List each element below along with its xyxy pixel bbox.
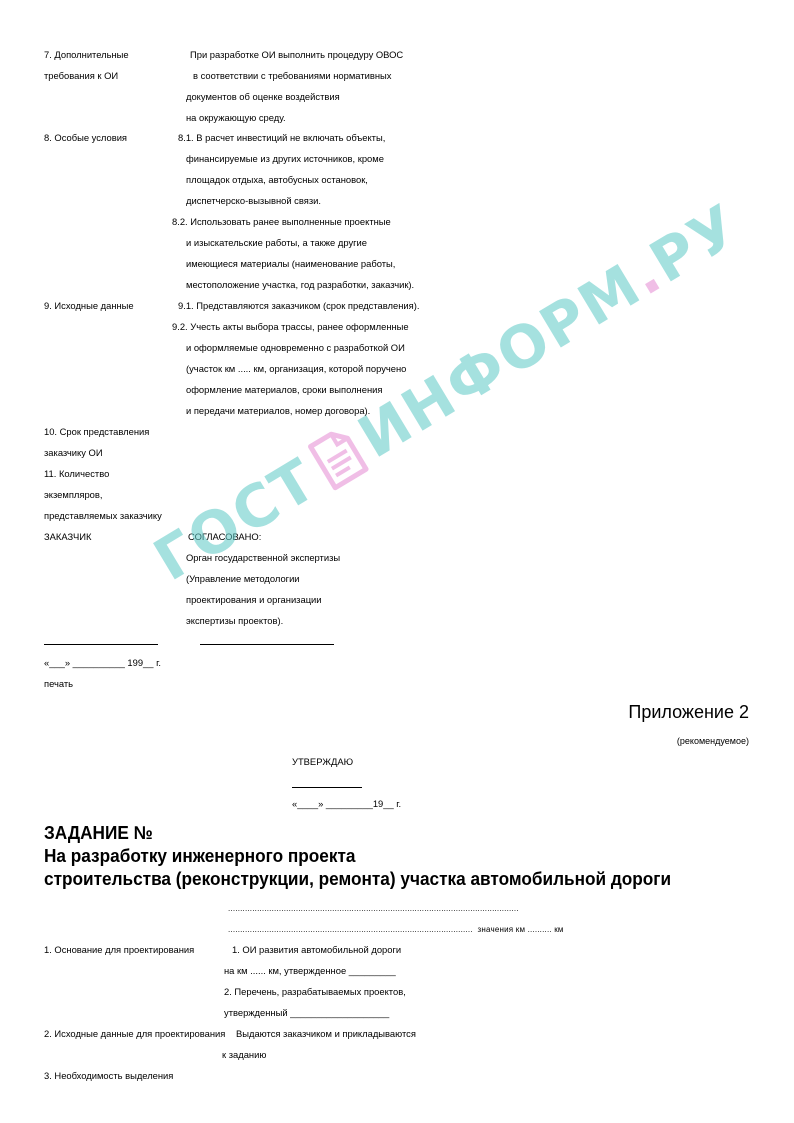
row8-value-line8: местоположение участка, год разработки, … bbox=[186, 279, 414, 291]
row7-value-line1: При разработке ОИ выполнить процедуру ОВ… bbox=[190, 49, 403, 61]
row10-label-line2: заказчику ОИ bbox=[44, 447, 103, 459]
watermark: ГОСТ ИНФОРМ . РУ bbox=[142, 267, 624, 595]
row7-label-line2: требования к ОИ bbox=[44, 70, 118, 82]
appendix-subtitle: (рекомендуемое) bbox=[677, 735, 749, 747]
agreed-line3: проектирования и организации bbox=[186, 594, 322, 606]
task-row1-label: 1. Основание для проектирования bbox=[44, 944, 194, 956]
watermark-suffix: РУ bbox=[638, 191, 751, 296]
task-row2-value-line1: Выдаются заказчиком и прикладываются bbox=[236, 1028, 416, 1040]
watermark-text-left: ГОСТ bbox=[142, 445, 328, 594]
row8-value-line5: 8.2. Использовать ранее выполненные прое… bbox=[172, 216, 391, 228]
stamp-label: печать bbox=[44, 678, 73, 690]
row9-value-line4: (участок км ..... км, организация, котор… bbox=[186, 363, 406, 375]
task-heading-line3: строительства (реконструкции, ремонта) у… bbox=[44, 868, 671, 890]
agreed-line4: экспертизы проектов). bbox=[186, 615, 283, 627]
customer-label: ЗАКАЗЧИК bbox=[44, 531, 91, 543]
row9-value-line1: 9.1. Представляются заказчиком (срок пре… bbox=[178, 300, 419, 312]
task-heading-line1: ЗАДАНИЕ № bbox=[44, 822, 153, 844]
row10-label-line1: 10. Срок представления bbox=[44, 426, 149, 438]
approval-date-line: «____» _________19__ г. bbox=[292, 798, 401, 810]
agreed-signature-line bbox=[200, 644, 334, 645]
task-row1-value-line1: 1. ОИ развития автомобильной дороги bbox=[232, 944, 401, 956]
row11-label-line1: 11. Количество bbox=[44, 468, 109, 480]
agreed-line2: (Управление методологии bbox=[186, 573, 300, 585]
road-name-dotted-line: ........................................… bbox=[228, 904, 519, 914]
road-value-dotted-line: ........................................… bbox=[228, 925, 564, 935]
task-heading-line2: На разработку инженерного проекта bbox=[44, 845, 355, 867]
row11-label-line3: представляемых заказчику bbox=[44, 510, 162, 522]
row7-value-line3: документов об оценке воздействия bbox=[186, 91, 340, 103]
row8-value-line1: 8.1. В расчет инвестиций не включать объ… bbox=[178, 132, 385, 144]
row8-value-line4: диспетчерско-вызывной связи. bbox=[186, 195, 321, 207]
customer-signature-line bbox=[44, 644, 158, 645]
task-row2-value-line2: к заданию bbox=[222, 1049, 266, 1061]
row9-value-line3: и оформляемые одновременно с разработкой… bbox=[186, 342, 405, 354]
task-row3-label: 3. Необходимость выделения bbox=[44, 1070, 173, 1082]
approval-signature-line bbox=[292, 787, 362, 788]
row7-value-line4: на окружающую среду. bbox=[186, 112, 286, 124]
watermark-dot: . bbox=[618, 238, 674, 309]
row9-value-line5: оформление материалов, сроки выполнения bbox=[186, 384, 382, 396]
row9-label: 9. Исходные данные bbox=[44, 300, 134, 312]
row8-value-line6: и изыскательские работы, а также другие bbox=[186, 237, 367, 249]
task-row1-value-line2: на км ...... км, утвержденное _________ bbox=[224, 965, 396, 977]
task-row1-value-line4: утвержденный ___________________ bbox=[224, 1007, 389, 1019]
row8-value-line2: финансируемые из других источников, кром… bbox=[186, 153, 384, 165]
customer-date-line: «___» __________ 199__ г. bbox=[44, 657, 161, 669]
task-row2-label: 2. Исходные данные для проектирования bbox=[44, 1028, 225, 1040]
row9-value-line2: 9.2. Учесть акты выбора трассы, ранее оф… bbox=[172, 321, 409, 333]
row8-value-line7: имеющиеся материалы (наименование работы… bbox=[186, 258, 395, 270]
approval-label: УТВЕРЖДАЮ bbox=[292, 756, 353, 768]
row7-label-line1: 7. Дополнительные bbox=[44, 49, 129, 61]
appendix-title: Приложение 2 bbox=[628, 701, 749, 723]
row11-label-line2: экземпляров, bbox=[44, 489, 102, 501]
row9-value-line6: и передачи материалов, номер договора). bbox=[186, 405, 370, 417]
row8-value-line3: площадок отдыха, автобусных остановок, bbox=[186, 174, 368, 186]
row8-label: 8. Особые условия bbox=[44, 132, 127, 144]
agreed-line1: Орган государственной экспертизы bbox=[186, 552, 340, 564]
agreed-label: СОГЛАСОВАНО: bbox=[188, 531, 261, 543]
document-icon bbox=[304, 422, 372, 494]
task-row1-value-line3: 2. Перечень, разрабатываемых проектов, bbox=[224, 986, 406, 998]
row7-value-line2: в соответствии с требованиями нормативны… bbox=[193, 70, 391, 82]
